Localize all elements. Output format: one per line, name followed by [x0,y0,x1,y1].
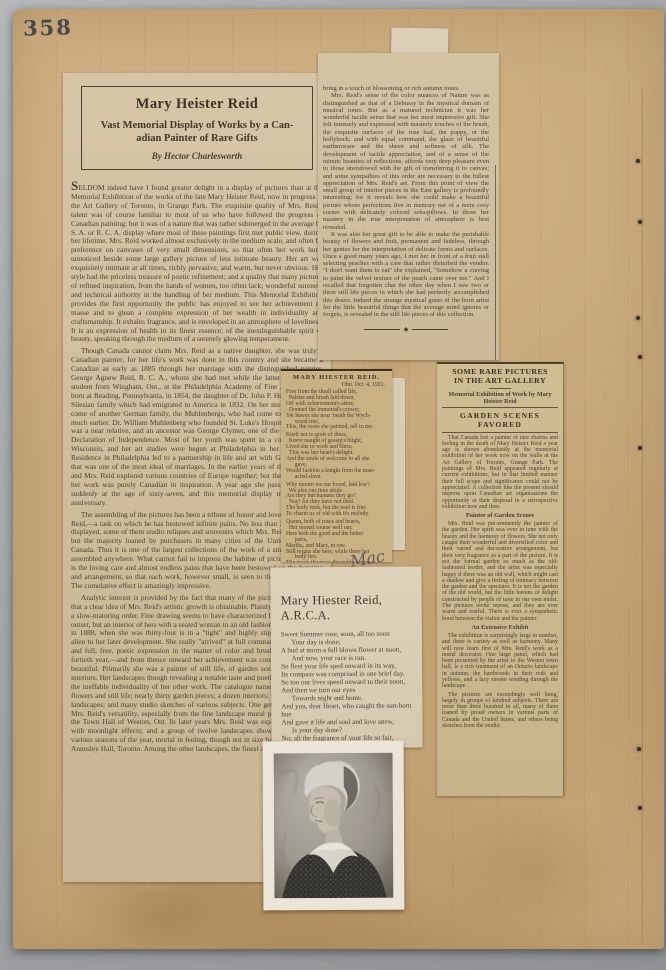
binding-hole [637,747,641,751]
divider-line [364,329,400,330]
column-paragraph: It was also her great gift to be able to… [323,231,489,319]
binding-hole [638,355,642,359]
gallery-banner: GARDEN SCENES FAVORED [442,411,558,429]
gallery-section-head: Painter of Garden Scenes [442,512,558,519]
divider-diamond-icon: ◆ [404,327,409,333]
article-byline: By Hector Charlesworth [90,151,304,161]
tribute-poem-title: Mary Hiester Reid, A.R.C.A. [281,593,416,624]
tribute-poem-text: Sweet Summer rose, soon, all too soon Yo… [281,630,417,749]
gallery-paragraph: The exhibition is surprisingly large in … [442,633,558,690]
poem-title: MARY HIESTER REID. [286,374,387,381]
page-stain [103,889,223,949]
rule [442,432,558,433]
obituary-poem-clipping: MARY HIESTER REID. Obit. Oct. 4, 1921. F… [281,369,392,562]
column-paragraph: bring in a touch of blossoming or rich a… [323,85,489,92]
rule [442,407,558,408]
article-title: Mary Heister Reid [90,96,304,113]
gallery-subhead: Memorial Exhibition of Work by Mary Heis… [442,391,558,405]
binding-hole [636,316,640,320]
column-paragraph: Mrs. Reid's sense of the color nuances o… [323,92,489,231]
binding-hole [636,159,640,163]
binding-hole [638,806,642,810]
poem-dateline: Obit. Oct. 4, 1921. [286,382,385,388]
binding-hole [638,220,642,224]
gallery-section-head: An Extensive Exhibit [442,624,558,631]
gallery-paragraph: That Canada lost a painter of rare charm… [442,435,558,511]
divider-line [412,329,448,330]
gallery-paragraph: The pictures are exceedingly well hung, … [442,692,558,730]
page-number: 358 [23,14,73,40]
gallery-review-clipping: SOME RARE PICTURES IN THE ART GALLERY Me… [437,362,564,796]
scrapbook-scan: 358 Mary Heister Reid Vast Memorial Disp… [0,0,666,970]
page-stain [433,799,633,939]
gallery-headline-block: SOME RARE PICTURES IN THE ART GALLERY Me… [442,368,558,433]
page-crease [641,90,643,940]
poem-stanza: Free from the thrall called life, Palett… [286,390,387,431]
gallery-paragraph: Mrs. Reid was pre-eminently the painter … [442,521,558,622]
article-paragraph: SELDOM indeed have I found greater delig… [71,182,323,344]
headline-box: Mary Heister Reid Vast Memorial Display … [81,86,313,170]
binding-hole [638,446,642,450]
tribute-poem-clipping: Mary Hiester Reid, A.R.C.A. Sweet Summer… [270,566,422,748]
article-subtitle: Vast Memorial Display of Works by a Can-… [90,120,304,145]
poem-stanza: Why mourn we our loved, laid low? We als… [286,483,387,518]
column-end-divider: ◆ [364,327,448,333]
rule [489,388,511,389]
portrait-photo-mount [263,741,405,911]
portrait-photo [274,753,394,899]
gallery-headline: IN THE ART GALLERY [442,377,558,386]
poem-stanza: Knelt not to gods of dress, Knew naught … [286,433,387,480]
article-continuation-column: bring in a touch of blossoming or rich a… [318,53,499,360]
